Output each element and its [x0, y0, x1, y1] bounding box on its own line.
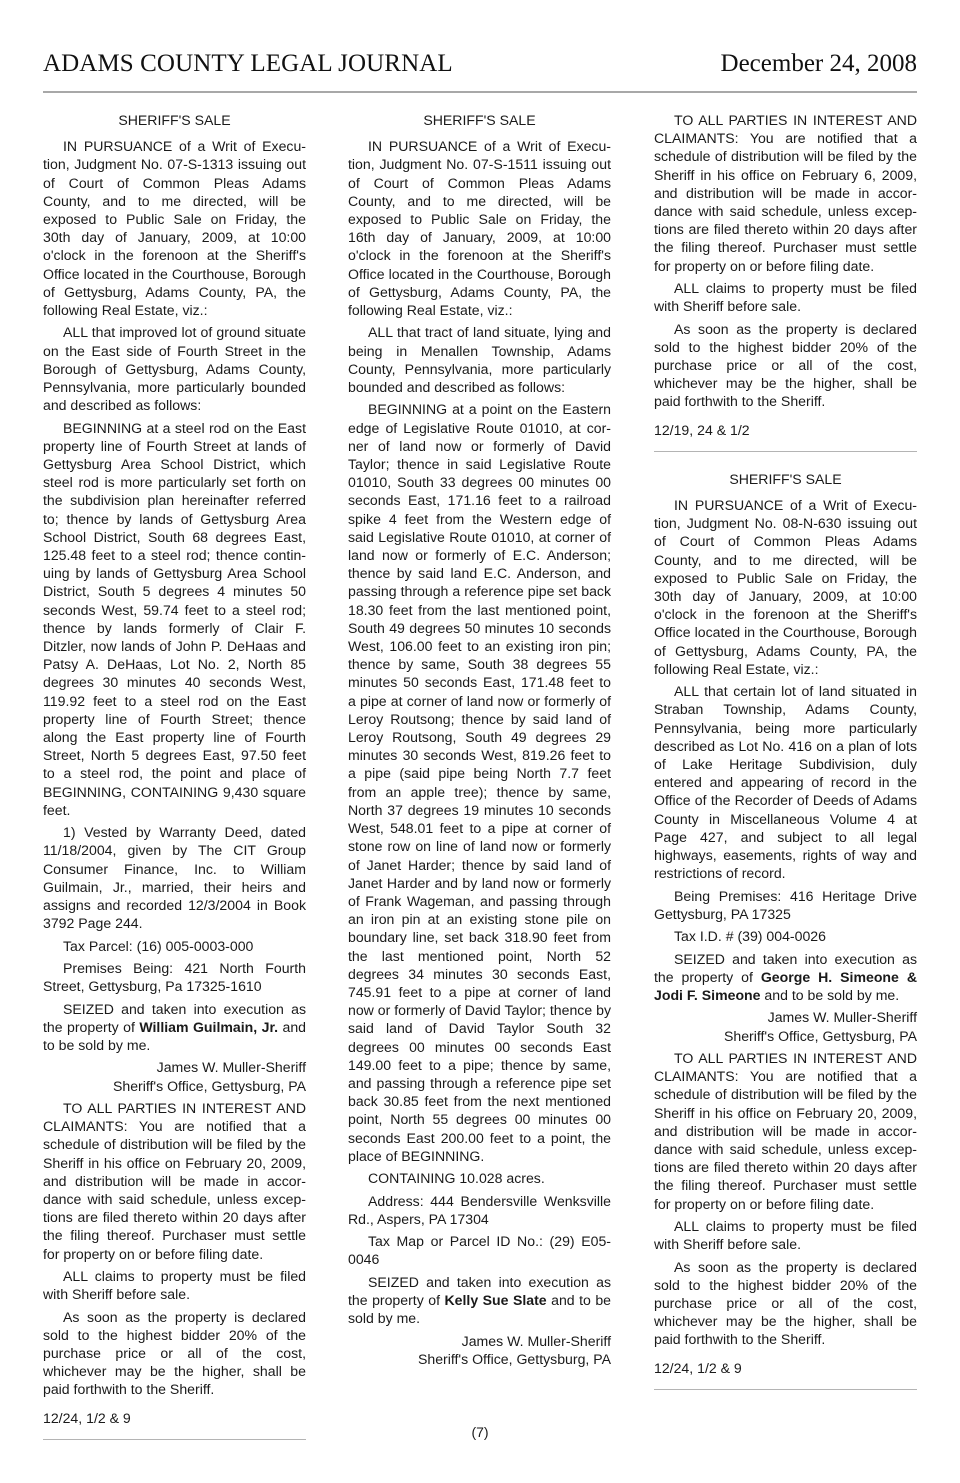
column-3: TO ALL PARTIES IN INTEREST AND CLAIMANTS… [654, 111, 917, 1390]
property-address: Address: 444 Bendersville Wenksville Rd.… [348, 1192, 611, 1228]
publication-dates: 12/24, 1/2 & 9 [654, 1359, 917, 1377]
metes-and-bounds-paragraph: BEGINNING at a steel rod on the East pro… [43, 419, 306, 819]
property-description-paragraph: ALL that tract of land situate, lying an… [348, 323, 611, 396]
column-2: SHERIFF'S SALE IN PURSUANCE of a Writ of… [348, 111, 611, 1372]
property-owner: Kelly Sue Slate [444, 1292, 546, 1308]
sheriff-office: Sheriff's Office, Gettysburg, PA [43, 1077, 306, 1095]
notice-heading: SHERIFF'S SALE [654, 470, 917, 488]
payment-terms-paragraph: As soon as the property is declared sold… [43, 1308, 306, 1399]
claims-paragraph: ALL claims to property must be filed wit… [43, 1267, 306, 1303]
notice-divider [654, 1389, 917, 1390]
metes-and-bounds-paragraph: BEGINNING at a point on the Eastern edge… [348, 400, 611, 1165]
notice-sheriffs-sale-07-S-1511: SHERIFF'S SALE IN PURSUANCE of a Writ of… [348, 111, 611, 1368]
vesting-deed-paragraph: 1) Vested by Warranty Deed, dated 11/18/… [43, 823, 306, 932]
pursuance-paragraph: IN PURSUANCE of a Writ of Execu­tion, Ju… [654, 496, 917, 678]
payment-terms-paragraph: As soon as the property is declared sold… [654, 320, 917, 411]
header-divider [43, 91, 917, 93]
tax-parcel: Tax Parcel: (16) 005-0003-000 [43, 937, 306, 955]
sheriff-office: Sheriff's Office, Gettysburg, PA [348, 1350, 611, 1368]
seized-text-end: and to be sold by me. [761, 987, 900, 1003]
property-description-paragraph: ALL that improved lot of ground situate … [43, 323, 306, 414]
journal-title: ADAMS COUNTY LEGAL JOURNAL [43, 50, 453, 78]
tax-id: Tax I.D. # (39) 004-0026 [654, 927, 917, 945]
sheriff-office: Sheriff's Office, Gettysburg, PA [654, 1027, 917, 1045]
pursuance-paragraph: IN PURSUANCE of a Writ of Execu­tion, Ju… [43, 137, 306, 319]
page-number: (7) [0, 1424, 960, 1440]
sheriff-name: James W. Muller-Sheriff [654, 1008, 917, 1026]
parties-notice-paragraph: TO ALL PARTIES IN INTEREST AND CLAIMANTS… [654, 1049, 917, 1213]
seized-paragraph: SEIZED and taken into execution as the p… [43, 1000, 306, 1055]
claims-paragraph: ALL claims to property must be filed wit… [654, 1217, 917, 1253]
premises-address: Premises Being: 421 North Fourth Street,… [43, 959, 306, 995]
seized-paragraph: SEIZED and taken into execution as the p… [654, 950, 917, 1005]
payment-terms-paragraph: As soon as the property is declared sold… [654, 1258, 917, 1349]
pursuance-paragraph: IN PURSUANCE of a Writ of Execu­tion, Ju… [348, 137, 611, 319]
tax-map-parcel-id: Tax Map or Parcel ID No.: (29) E05-0046 [348, 1232, 611, 1268]
notice-heading: SHERIFF'S SALE [348, 111, 611, 129]
sheriff-name: James W. Muller-Sheriff [43, 1058, 306, 1076]
claims-paragraph: ALL claims to property must be filed wit… [654, 279, 917, 315]
property-description-paragraph: ALL that certain lot of land situated in… [654, 682, 917, 882]
notice-sheriffs-sale-08-N-630: SHERIFF'S SALE IN PURSUANCE of a Writ of… [654, 470, 917, 1390]
property-owner: William Guilmain, Jr. [139, 1019, 278, 1035]
publication-dates: 12/19, 24 & 1/2 [654, 421, 917, 439]
parties-notice-paragraph: TO ALL PARTIES IN INTEREST AND CLAIMANTS… [654, 111, 917, 275]
parties-notice-paragraph: TO ALL PARTIES IN INTEREST AND CLAIMANTS… [43, 1099, 306, 1263]
seized-paragraph: SEIZED and taken into execution as the p… [348, 1273, 611, 1328]
acreage: CONTAINING 10.028 acres. [348, 1169, 611, 1187]
issue-date: December 24, 2008 [721, 50, 917, 78]
premises-address: Being Premises: 416 Heritage Drive Getty… [654, 887, 917, 923]
sheriff-name: James W. Muller-Sheriff [348, 1332, 611, 1350]
notice-sheriffs-sale-07-S-1313: SHERIFF'S SALE IN PURSUANCE of a Writ of… [43, 111, 306, 1440]
notice-07-S-1511-continued: TO ALL PARTIES IN INTEREST AND CLAIMANTS… [654, 111, 917, 470]
column-1: SHERIFF'S SALE IN PURSUANCE of a Writ of… [43, 111, 306, 1440]
journal-header: ADAMS COUNTY LEGAL JOURNAL December 24, … [43, 50, 917, 82]
notice-heading: SHERIFF'S SALE [43, 111, 306, 129]
